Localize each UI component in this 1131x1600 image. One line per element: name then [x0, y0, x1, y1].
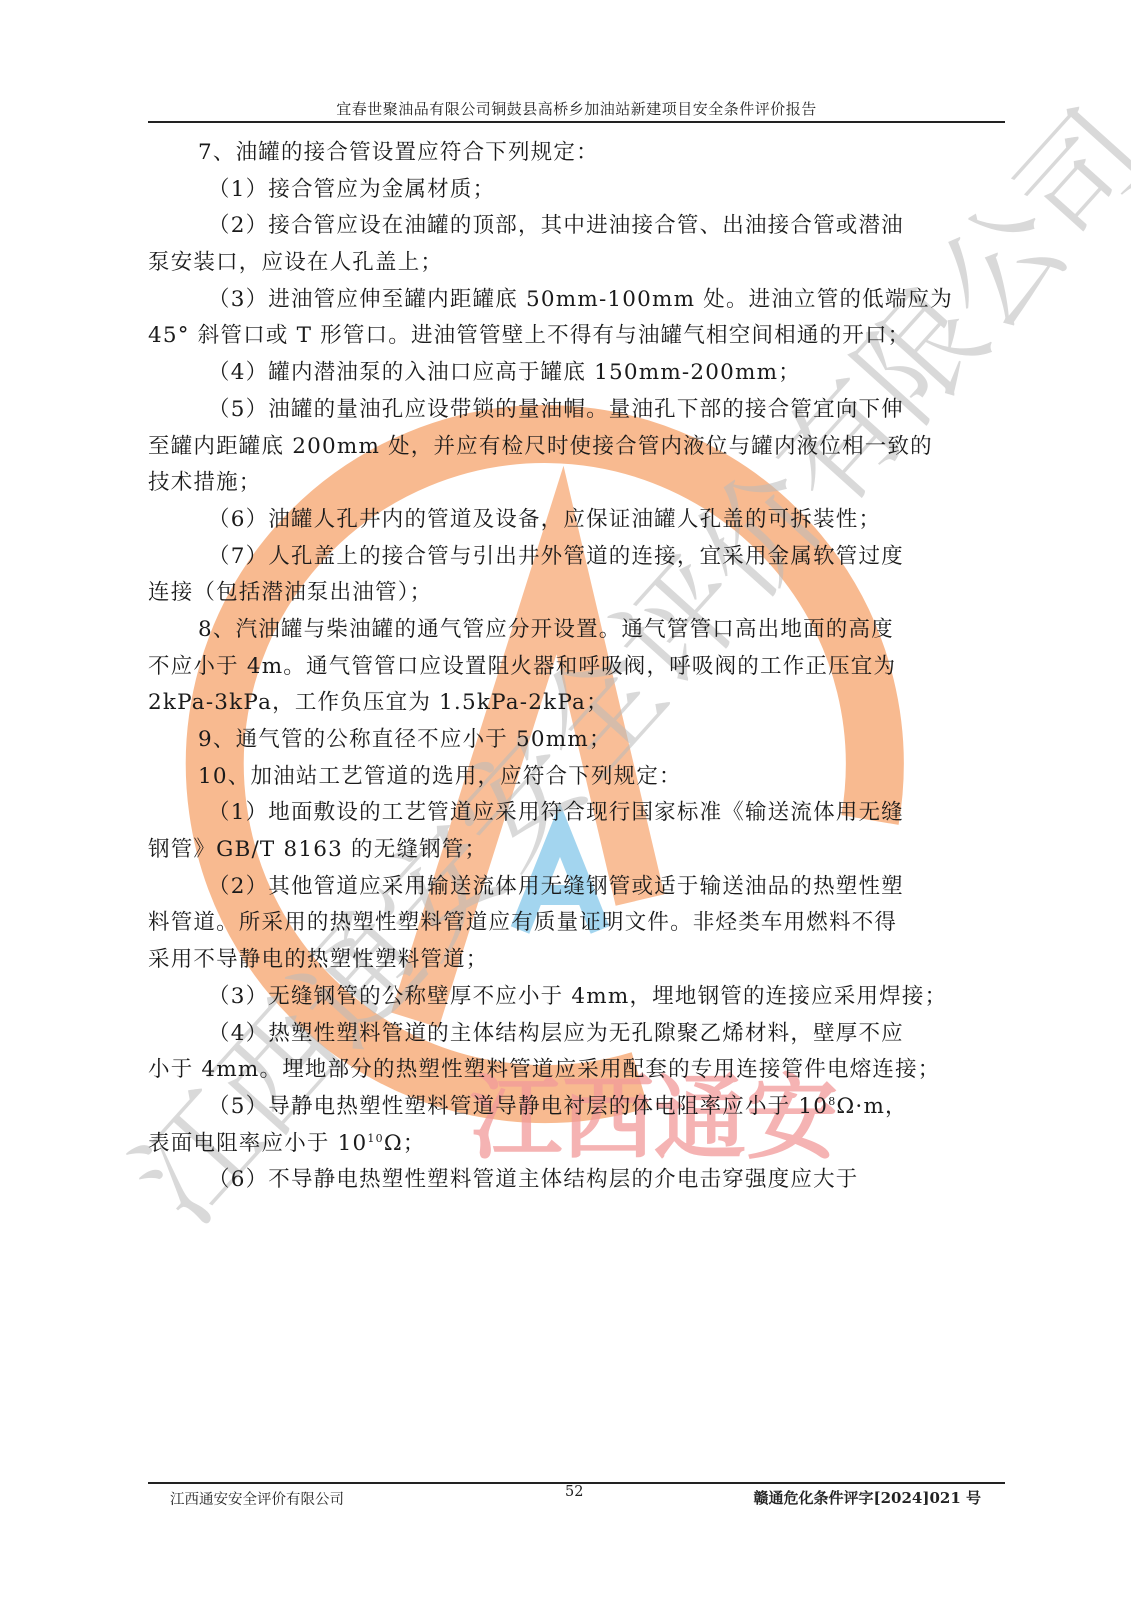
- paragraph-line: 9、通气管的公称直径不应小于 50mm；: [148, 722, 1005, 759]
- document-page: 江西通安 江西通安安全评价有限公司 宜春世聚油品有限公司铜鼓县高桥乡加油站新建项…: [0, 0, 1131, 1600]
- paragraph-line: 8、汽油罐与柴油罐的通气管应分开设置。通气管管口高出地面的高度: [148, 612, 1005, 649]
- paragraph-line: 采用不导静电的热塑性塑料管道；: [148, 942, 1005, 979]
- paragraph-line: （7）人孔盖上的接合管与引出井外管道的连接，宜采用金属软管过度: [148, 539, 1005, 576]
- line-text: （5）导静电热塑性塑料管道导静电衬层的体电阻率应小于 10: [208, 1094, 828, 1119]
- paragraph-line: （5）导静电热塑性塑料管道导静电衬层的体电阻率应小于 108Ω·m，: [148, 1089, 1005, 1126]
- paragraph-line: 连接（包括潜油泵出油管）；: [148, 575, 1005, 612]
- page-number: 52: [565, 1484, 583, 1500]
- line-text: Ω·m，: [836, 1094, 907, 1119]
- paragraph-line: 至罐内距罐底 200mm 处，并应有检尺时使接合管内液位与罐内液位相一致的: [148, 429, 1005, 466]
- paragraph-line: （5）油罐的量油孔应设带锁的量油帽。量油孔下部的接合管宜向下伸: [148, 392, 1005, 429]
- paragraph-line: 技术措施；: [148, 465, 1005, 502]
- paragraph-line: （6）油罐人孔井内的管道及设备，应保证油罐人孔盖的可拆装性；: [148, 502, 1005, 539]
- line-text: Ω；: [384, 1131, 426, 1156]
- paragraph-line: （3）进油管应伸至罐内距罐底 50mm-100mm 处。进油立管的低端应为: [148, 282, 1005, 319]
- paragraph-line: （4）罐内潜油泵的入油口应高于罐底 150mm-200mm；: [148, 355, 1005, 392]
- paragraph-line: （1）地面敷设的工艺管道应采用符合现行国家标准《输送流体用无缝: [148, 795, 1005, 832]
- paragraph-line: 7、油罐的接合管设置应符合下列规定：: [148, 135, 1005, 172]
- paragraph-line: 钢管》GB/T 8163 的无缝钢管；: [148, 832, 1005, 869]
- paragraph-line: 不应小于 4m。通气管管口应设置阻火器和呼吸阀，呼吸阀的工作正压宜为: [148, 649, 1005, 686]
- paragraph-line: （4）热塑性塑料管道的主体结构层应为无孔隙聚乙烯材料，壁厚不应: [148, 1016, 1005, 1053]
- paragraph-line: （6）不导静电热塑性塑料管道主体结构层的介电击穿强度应大于: [148, 1162, 1005, 1199]
- paragraph-line: （2）接合管应设在油罐的顶部，其中进油接合管、出油接合管或潜油: [148, 208, 1005, 245]
- paragraph-line: 10、加油站工艺管道的选用，应符合下列规定：: [148, 759, 1005, 796]
- document-body: 7、油罐的接合管设置应符合下列规定：（1）接合管应为金属材质；（2）接合管应设在…: [148, 135, 1005, 1199]
- paragraph-line: 45° 斜管口或 T 形管口。进油管管壁上不得有与油罐气相空间相通的开口；: [148, 318, 1005, 355]
- line-text: 表面电阻率应小于 10: [148, 1131, 367, 1156]
- paragraph-line: 2kPa-3kPa，工作负压宜为 1.5kPa-2kPa；: [148, 685, 1005, 722]
- paragraph-line: （3）无缝钢管的公称壁厚不应小于 4mm，埋地钢管的连接应采用焊接；: [148, 979, 1005, 1016]
- header-divider: [148, 121, 1005, 123]
- paragraph-line: （2）其他管道应采用输送流体用无缝钢管或适于输送油品的热塑性塑: [148, 869, 1005, 906]
- running-header-title: 宜春世聚油品有限公司铜鼓县高桥乡加油站新建项目安全条件评价报告: [148, 98, 1005, 119]
- paragraph-line: 料管道。所采用的热塑性塑料管道应有质量证明文件。非烃类车用燃料不得: [148, 905, 1005, 942]
- paragraph-line: （1）接合管应为金属材质；: [148, 172, 1005, 209]
- paragraph-line: 表面电阻率应小于 1010Ω；: [148, 1126, 1005, 1163]
- paragraph-line: 泵安装口，应设在人孔盖上；: [148, 245, 1005, 282]
- footer-doc-number: 赣通危化条件评字[2024]021 号: [754, 1487, 981, 1508]
- footer-company: 江西通安安全评价有限公司: [170, 1488, 344, 1509]
- exponent: 10: [367, 1132, 383, 1145]
- paragraph-line: 小于 4mm。埋地部分的热塑性塑料管道应采用配套的专用连接管件电熔连接；: [148, 1052, 1005, 1089]
